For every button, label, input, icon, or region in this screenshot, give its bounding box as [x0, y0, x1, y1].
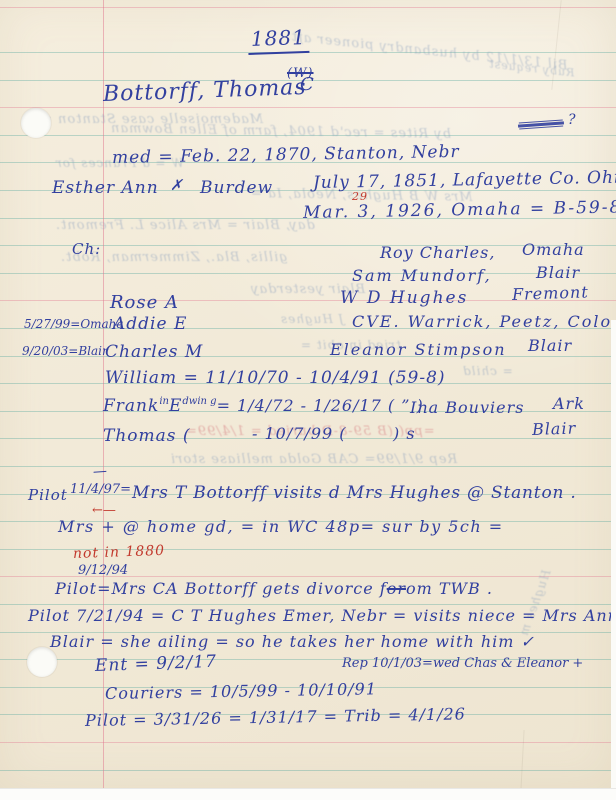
ruled-line: [0, 770, 616, 771]
child-dates-text: = 1/4/72 - 1/26/17 ( ” ): [217, 396, 424, 415]
divorce-note: Pilot=Mrs CA Bottorff gets divorce forom…: [55, 579, 493, 598]
child-spouse: Sam Mundorf,: [352, 266, 492, 285]
child-dates-close: ) s: [393, 424, 416, 443]
source-label: Pilot: [28, 486, 68, 504]
child-name: Rose A: [110, 292, 179, 313]
child-place: Fremont: [512, 282, 589, 304]
child-spouse: Ina Bouviers: [410, 398, 524, 417]
note-text: Mrs + @ home gd, = in WC 48p= sur by 5ch…: [58, 517, 504, 536]
hole-punch: [27, 647, 57, 677]
child-place: Blair: [528, 336, 572, 355]
child-name: Addie E: [113, 314, 187, 334]
source-date: 11/4/97=: [70, 482, 131, 497]
child-spouse: W D Hughes: [340, 288, 468, 308]
margin-date: 5/27/99=Omaha: [24, 317, 124, 331]
subject-name-suffix: C: [300, 74, 315, 95]
bleed-through-text: Rep 9/1/99= CAB Golda melliase stori: [170, 452, 457, 467]
superscript-note: dwin g: [182, 396, 216, 407]
child-place: Ark: [553, 394, 585, 413]
child-spouse: Eleanor Stimpson: [330, 340, 507, 359]
child-name: Frank: [103, 396, 159, 416]
hole-punch: [21, 108, 51, 138]
x-mark: ✗: [170, 176, 184, 194]
ruled-line: [0, 273, 616, 274]
note-text: Ent = 9/2/17: [95, 652, 218, 676]
margin-date: 9/20/03=Blair: [22, 344, 108, 358]
child-initial: E: [169, 396, 182, 416]
child-dates: William = 11/10/70 - 10/4/91 (59-8): [105, 368, 446, 388]
document-scan: Bil 13/1/12 by husbandry pioneer aft Rub…: [0, 0, 616, 800]
tick-mark: —: [92, 463, 108, 480]
child-place: Blair: [536, 263, 580, 282]
note-text: Pilot 7/21/94 = C T Hughes Emer, Nebr = …: [28, 606, 616, 625]
spouse-surname: Burdew: [200, 178, 273, 198]
child-dates: FrankinEdwin g= 1/4/72 - 1/26/17 ( ” ): [103, 396, 424, 416]
scan-edge: [0, 788, 616, 800]
child-name: Charles M: [105, 342, 203, 362]
child-dates: - 10/7/99 (: [252, 424, 347, 443]
note-text: Blair = she ailing = so he takes her hom…: [50, 632, 535, 651]
struck-letters: or: [387, 579, 406, 598]
red-annotation: not in 1880: [73, 543, 166, 562]
scribble-question-mark: ?: [568, 112, 577, 128]
bleed-through-text: day, Blair = Mrs Alice L. Fremont.: [55, 218, 315, 233]
scan-edge: [611, 320, 616, 788]
superscript-note: in: [159, 396, 169, 407]
note-text: om TWB .: [406, 579, 493, 598]
year-heading: 1881: [248, 25, 310, 55]
child-spouse: CVE. Warrick, Peetz, Colo: [352, 312, 612, 331]
note-text: Mrs T Bottorff visits d Mrs Hughes @ Sta…: [132, 483, 577, 503]
note-text: Rep 10/1/03=wed Chas & Eleanor +: [342, 656, 583, 671]
child-place: Omaha: [522, 240, 585, 259]
spouse-given-name: Esther Ann: [52, 178, 159, 198]
ruled-line: [0, 7, 616, 8]
children-label: Ch:: [72, 240, 101, 258]
inserted-date: 9/12/94: [78, 563, 128, 578]
ruled-line: [0, 604, 616, 605]
note-text: Pilot=Mrs CA Bottorff gets divorce f: [55, 579, 387, 598]
ruled-line: [0, 107, 616, 108]
red-arrow: ←—: [92, 503, 116, 518]
bleed-through-text: = child: [462, 364, 513, 378]
child-spouse: Roy Charles,: [380, 243, 495, 262]
child-name: Thomas (: [103, 426, 191, 446]
child-place: Blair: [532, 418, 577, 439]
bleed-through-text: J Hughes: [280, 312, 344, 326]
